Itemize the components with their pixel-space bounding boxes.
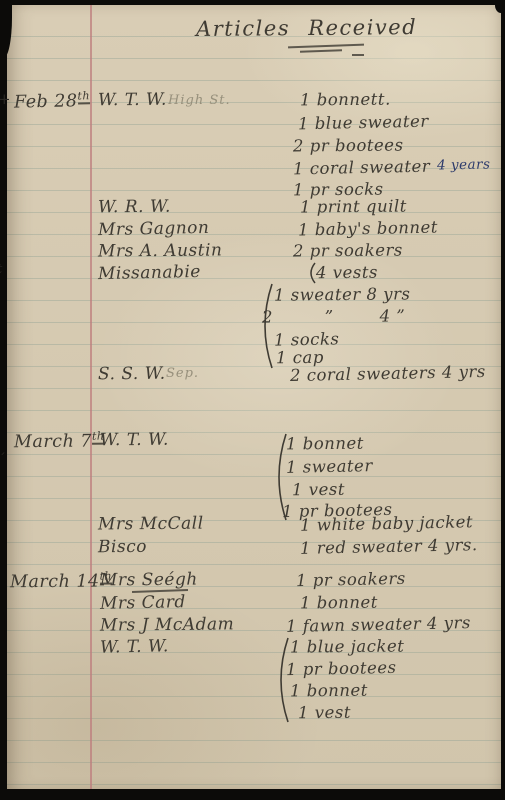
edge-mark: t: [0, 262, 2, 277]
section-date-march-7: March 7th: [14, 430, 105, 453]
item-line: 1 blue sweater: [298, 112, 429, 134]
photo-frame: Articles Received + t ´ Feb 28th W. T. W…: [0, 0, 505, 800]
donor-name-seegh: Mrs Seégh: [100, 570, 198, 591]
donor-name-card: Mrs Card: [100, 592, 186, 614]
item-line: 1 vest: [292, 480, 345, 499]
item-line: 1 baby's bonnet: [298, 218, 438, 240]
donor-name-missanabie: Missanabie: [98, 262, 201, 284]
item-line: 1 bonnett.: [300, 90, 391, 110]
item-line: 1 vest: [298, 703, 351, 722]
page-title: Articles Received: [196, 15, 417, 41]
item-line: 1 bonnet: [290, 681, 368, 701]
donor-name-wrw: W. R. W.: [98, 197, 171, 218]
date-text: March 7: [14, 432, 92, 453]
donor-name-ssw: S. S. W.: [98, 364, 166, 385]
item-line: 1 sweater 8 yrs: [274, 284, 411, 304]
item-line: 4 vests: [316, 263, 378, 283]
date-text: Feb 28: [14, 91, 78, 112]
item-line: 2 pr bootees: [293, 136, 404, 156]
item-line: 2 pr soakers: [293, 241, 403, 261]
donor-name-austin: Mrs A. Austin: [98, 240, 223, 261]
photo-edge-blob: [0, 338, 5, 362]
edge-mark: ´: [0, 452, 5, 467]
donor-name-mccall: Mrs McCall: [98, 514, 204, 535]
item-line: 1 cap: [276, 348, 324, 367]
item-line: 1 socks: [274, 329, 340, 349]
item-line: 1 pr bootees: [286, 658, 397, 679]
section-date-march-14: March 14th: [10, 570, 112, 593]
item-line: 1 print quilt: [300, 197, 407, 217]
item-line: 1 bonnet: [300, 593, 378, 613]
photo-edge-blob: [0, 612, 5, 642]
item-line-ditto: 2 ” 4 ”: [262, 306, 405, 326]
donor-name-gagnon: Mrs Gagnon: [98, 218, 210, 240]
edge-mark: +: [0, 90, 11, 108]
donor-name-wtw: W. T. W.: [100, 636, 169, 657]
item-line: 1 red sweater 4 yrs.: [300, 535, 478, 558]
title-underline: [352, 54, 364, 56]
blue-ink-annotation: 4 years: [437, 156, 491, 173]
date-text: March 14: [10, 571, 100, 592]
item-line: 1 blue jacket: [290, 637, 404, 657]
photo-edge-blob: [0, 215, 7, 257]
item-line: 1 sweater: [286, 456, 373, 477]
donor-name-mcadam: Mrs J McAdam: [100, 614, 234, 635]
page-title-word2: Received: [308, 15, 417, 40]
item-line: 1 bonnet: [286, 434, 364, 454]
section-date-feb-28: Feb 28th: [14, 89, 91, 112]
donor-name-wtw: W. T. W.: [100, 430, 169, 451]
donor-name-wtw: W. T. W.: [98, 90, 167, 111]
pencil-note-sep: Sep.: [166, 366, 199, 381]
date-ordinal: th: [77, 89, 90, 104]
item-line: 1 white baby jacket: [300, 512, 473, 535]
page-title-word1: Articles: [196, 16, 290, 41]
pencil-note-high-st: High St.: [168, 93, 231, 108]
item-line: 1 pr soakers: [296, 569, 406, 590]
donor-name-bisco: Bisco: [98, 537, 147, 557]
item-line: 1 fawn sweater 4 yrs: [286, 613, 471, 636]
red-margin-line: [90, 5, 92, 789]
item-line: 1 coral sweater: [293, 157, 431, 179]
photo-edge-blob: [495, 0, 505, 13]
hand-drawn-brace: [274, 636, 290, 724]
